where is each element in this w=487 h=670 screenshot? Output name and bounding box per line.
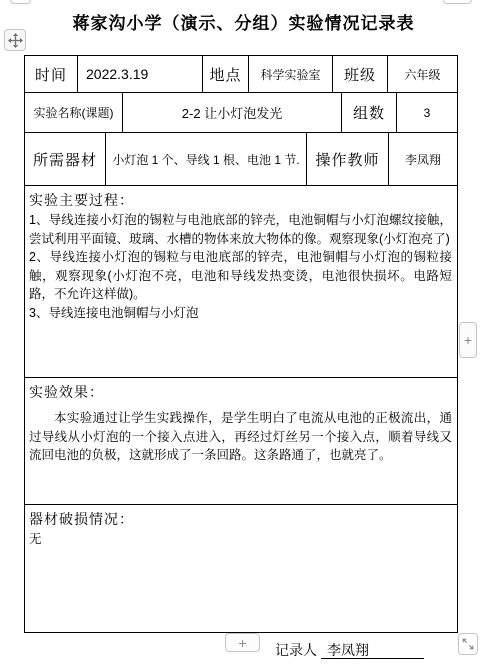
process-step-1: 1、导线连接小灯泡的锡粒与电池底部的锌壳，电池铜帽与小灯泡螺纹接触，尝试利用平面… [29,211,452,248]
process-step-2: 2、导线连接小灯泡的锡粒与电池底部的锌壳，电池铜帽与小灯泡的锡粒接触，观察现象(… [29,248,452,304]
class-value[interactable]: 六年级 [388,56,458,93]
equipment-label: 所需器材 [25,133,106,186]
experiment-record-table: 时间 2022.3.19 地点 科学实验室 班级 六年级 实验名称(课题) 2-… [24,55,458,633]
move-arrows-icon [8,33,23,48]
damage-label: 器材破损情况： [29,508,452,530]
experiment-name-value[interactable]: 2-2 让小灯泡发光 [123,93,342,133]
plus-icon: + [464,333,472,347]
effect-label: 实验效果： [29,381,452,403]
recorder-name[interactable]: 李凤翔 [321,642,424,659]
process-section[interactable]: 实验主要过程： 1、导线连接小灯泡的锡粒与电池底部的锌壳，电池铜帽与小灯泡螺纹接… [25,186,458,378]
diagonal-resize-icon [462,638,474,650]
cropped-top-right-button[interactable] [443,0,472,4]
plus-icon: + [238,636,246,650]
insert-row-button[interactable]: + [225,633,260,652]
teacher-label: 操作教师 [307,133,389,186]
table-move-handle[interactable] [4,29,26,51]
teacher-value[interactable]: 李凤翔 [389,133,458,186]
effect-section[interactable]: 实验效果： 本实验通过让学生实践操作，是学生明白了电流从电池的正极流出，通过导线… [25,378,458,505]
insert-column-button[interactable]: + [459,322,477,358]
place-label: 地点 [203,56,249,93]
page-title: 蒋家沟小学（演示、分组）实验情况记录表 [0,9,487,34]
effect-text: 本实验通过让学生实践操作，是学生明白了电流从电池的正极流出，通过导线从小灯泡的一… [29,409,452,465]
equipment-value[interactable]: 小灯泡 1 个、导线 1 根、电池 1 节. [106,133,307,186]
damage-section[interactable]: 器材破损情况： 无 [25,505,458,633]
experiment-name-label: 实验名称(课题) [25,93,123,133]
process-step-3: 3、导线连接电池铜帽与小灯泡 [29,304,452,323]
recorder-label: 记录人 [275,642,317,658]
groups-label: 组数 [342,93,397,133]
table-row-basic-info: 时间 2022.3.19 地点 科学实验室 班级 六年级 [25,56,458,93]
recorder-signature: 记录人李凤翔 [275,640,424,660]
groups-value[interactable]: 3 [397,93,458,133]
class-label: 班级 [333,56,388,93]
table-row-equipment: 所需器材 小灯泡 1 个、导线 1 根、电池 1 节. 操作教师 李凤翔 [25,133,458,186]
time-value[interactable]: 2022.3.19 [78,56,203,93]
process-label: 实验主要过程： [29,189,452,211]
place-value[interactable]: 科学实验室 [249,56,333,93]
table-resize-handle[interactable] [458,633,478,655]
time-label: 时间 [25,56,78,93]
table-row-experiment-name: 实验名称(课题) 2-2 让小灯泡发光 组数 3 [25,93,458,133]
damage-value: 无 [29,530,452,549]
cropped-top-left-button[interactable] [10,0,31,4]
